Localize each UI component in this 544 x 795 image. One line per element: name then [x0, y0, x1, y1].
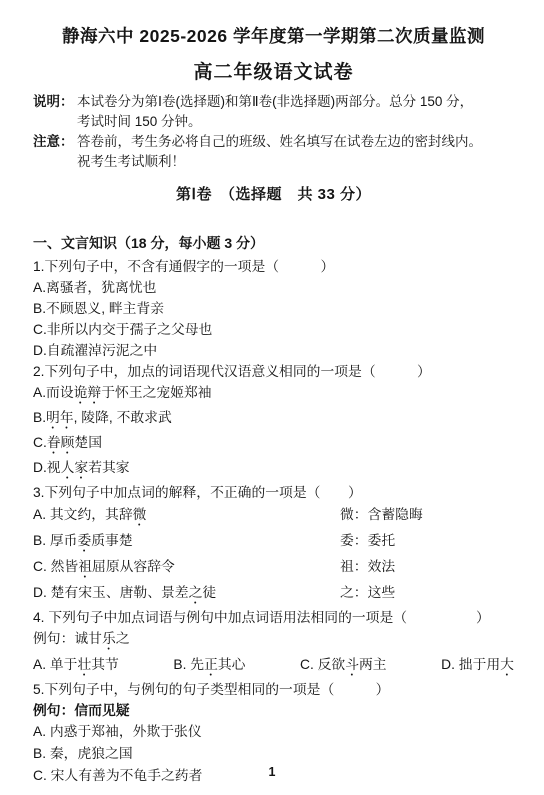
option-text: B. 先	[173, 657, 204, 672]
emphasized-word: 乐	[102, 631, 116, 646]
option-text: 楚国	[74, 435, 102, 450]
note-body: 本试卷分为第Ⅰ卷(选择题)和第Ⅱ卷(非选择题)两部分。总分 150 分，考试时间…	[77, 92, 473, 132]
option-c: C.眷顾楚国	[33, 432, 514, 457]
emphasized-word: 斗	[345, 657, 359, 672]
page-title: 静海六中 2025-2026 学年度第一学期第二次质量监测	[33, 24, 514, 48]
option-text: 其心	[218, 657, 246, 672]
option-b: B. 秦，虎狼之国	[33, 743, 514, 765]
question-1: 1.下列句子中，不含有通假字的一项是（ ） A.离骚者，犹离忧也 B.不顾恩义,…	[33, 256, 514, 361]
page-number: 1	[0, 765, 544, 779]
emphasized-word: 委	[77, 533, 91, 548]
option-text: 两主	[359, 657, 387, 672]
example-text: 之	[116, 631, 130, 646]
option-b: B.明年, 陵降, 不敢求武	[33, 407, 514, 432]
option-a: A. 内惑于郑袖，外欺于张仪	[33, 721, 514, 743]
note-line: 答卷前，考生务必将自己的班级、姓名填写在试卷左边的密封线内。	[77, 132, 482, 152]
question-stem: 2.下列句子中，加点的词语现代汉语意义相同的一项是（ ）	[33, 361, 514, 382]
option-text: A. 单于	[33, 657, 77, 672]
option-sentence: C. 然皆祖屈原从容辞令	[33, 555, 340, 581]
question-2: 2.下列句子中，加点的词语现代汉语意义相同的一项是（ ） A.而设诡辩于怀王之宠…	[33, 361, 514, 482]
option-a: A.而设诡辩于怀王之宠姬郑袖	[33, 382, 514, 407]
exam-paper-page: 静海六中 2025-2026 学年度第一学期第二次质量监测 高二年级语文试卷 说…	[0, 0, 544, 795]
option-text: 其节	[91, 657, 119, 672]
option-text: C.	[33, 435, 47, 450]
option-text: A. 其文约，其辞	[33, 507, 133, 522]
emphasized-word: 眷顾	[47, 435, 75, 450]
emphasized-word: 微	[133, 507, 147, 522]
option-d: D.自疏濯淖污泥之中	[33, 340, 514, 361]
part-header: 一、文言知识（18 分，每小题 3 分）	[33, 233, 514, 254]
example-sentence: 例句：诚甘乐之	[33, 628, 514, 653]
options-row: A. 单于壮其节 B. 先正其心 C. 反欲斗两主 D. 拙于用大	[33, 653, 514, 679]
option-b: B. 先正其心	[173, 653, 245, 679]
option-d: D.视人家若其家	[33, 457, 514, 482]
option-c: C.非所以内交于孺子之父母也	[33, 319, 514, 340]
option-text: D. 楚有宋玉、唐勒、景差	[33, 585, 189, 600]
option-text: A.而设	[33, 385, 74, 400]
option-c: C. 然皆祖屈原从容辞令 祖：效法	[33, 555, 514, 581]
option-text: B.	[33, 410, 46, 425]
option-sentence: B. 厚币委质事楚	[33, 529, 340, 555]
emphasized-word: 大	[500, 657, 514, 672]
attention-note: 注意： 答卷前，考生务必将自己的班级、姓名填写在试卷左边的密封线内。祝考生考试顺…	[33, 132, 514, 172]
emphasized-word: 人家	[61, 460, 89, 475]
option-d: D. 楚有宋玉、唐勒、景差之徒 之：这些	[33, 581, 514, 607]
question-4: 4. 下列句子中加点词语与例句中加点词语用法相同的一项是（ ） 例句：诚甘乐之 …	[33, 607, 514, 679]
option-c: C. 反欲斗两主	[300, 653, 387, 679]
option-text: 质事楚	[91, 533, 132, 548]
option-text: 若其家	[88, 460, 129, 475]
question-3: 3.下列句子中加点词的解释，不正确的一项是（ ） A. 其文约，其辞微 微：含蓄…	[33, 482, 514, 607]
option-sentence: D. 楚有宋玉、唐勒、景差之徒	[33, 581, 340, 607]
option-a: A. 其文约，其辞微 微：含蓄隐晦	[33, 503, 514, 529]
option-gloss: 祖：效法	[340, 555, 514, 581]
note-line: 祝考生考试顺利！	[77, 152, 482, 172]
option-text: 徒	[202, 585, 216, 600]
option-text: C. 然皆	[33, 559, 78, 574]
option-text: B. 厚币	[33, 533, 77, 548]
note-line: 考试时间 150 分钟。	[77, 112, 473, 132]
page-subtitle: 高二年级语文试卷	[33, 60, 514, 86]
note-line: 本试卷分为第Ⅰ卷(选择题)和第Ⅱ卷(非选择题)两部分。总分 150 分，	[77, 92, 473, 112]
option-sentence: A. 其文约，其辞微	[33, 503, 340, 529]
option-b: B. 厚币委质事楚 委：委托	[33, 529, 514, 555]
emphasized-word: 诡辩	[74, 385, 102, 400]
emphasized-word: 壮	[77, 657, 91, 672]
option-d: D. 拙于用大	[441, 653, 514, 679]
question-stem: 5.下列句子中，与例句的句子类型相同的一项是（ ）	[33, 679, 514, 700]
option-text: C. 反欲	[300, 657, 345, 672]
option-a: A.离骚者，犹离忧也	[33, 277, 514, 298]
option-gloss: 委：委托	[340, 529, 514, 555]
example-sentence: 例句：信而见疑	[33, 700, 514, 721]
page-content: 静海六中 2025-2026 学年度第一学期第二次质量监测 高二年级语文试卷 说…	[0, 0, 544, 787]
option-a: A. 单于壮其节	[33, 653, 119, 679]
note-label: 注意：	[33, 132, 77, 172]
emphasized-word: 明年	[46, 410, 74, 425]
example-text: 例句：诚甘	[33, 631, 102, 646]
emphasized-word: 正	[204, 657, 218, 672]
volume-header: 第Ⅰ卷 （选择题 共 33 分）	[33, 184, 514, 205]
note-body: 答卷前，考生务必将自己的班级、姓名填写在试卷左边的密封线内。祝考生考试顺利！	[77, 132, 482, 172]
option-text: 屈原从容辞令	[92, 559, 175, 574]
question-stem: 4. 下列句子中加点词语与例句中加点词语用法相同的一项是（ ）	[33, 607, 514, 628]
option-text: D. 拙于用	[441, 657, 500, 672]
emphasized-word: 之	[189, 585, 203, 600]
option-text: 于怀王之宠姬郑袖	[101, 385, 211, 400]
option-text: D.视	[33, 460, 61, 475]
question-stem: 3.下列句子中加点词的解释，不正确的一项是（ ）	[33, 482, 514, 503]
option-gloss: 之：这些	[340, 581, 514, 607]
note-label: 说明：	[33, 92, 77, 132]
option-text: , 陵降, 不敢求武	[74, 410, 172, 425]
instructions-note: 说明： 本试卷分为第Ⅰ卷(选择题)和第Ⅱ卷(非选择题)两部分。总分 150 分，…	[33, 92, 514, 132]
option-b: B.不顾恩义, 畔主背亲	[33, 298, 514, 319]
emphasized-word: 祖	[78, 559, 92, 574]
question-stem: 1.下列句子中，不含有通假字的一项是（ ）	[33, 256, 514, 277]
option-gloss: 微：含蓄隐晦	[340, 503, 514, 529]
